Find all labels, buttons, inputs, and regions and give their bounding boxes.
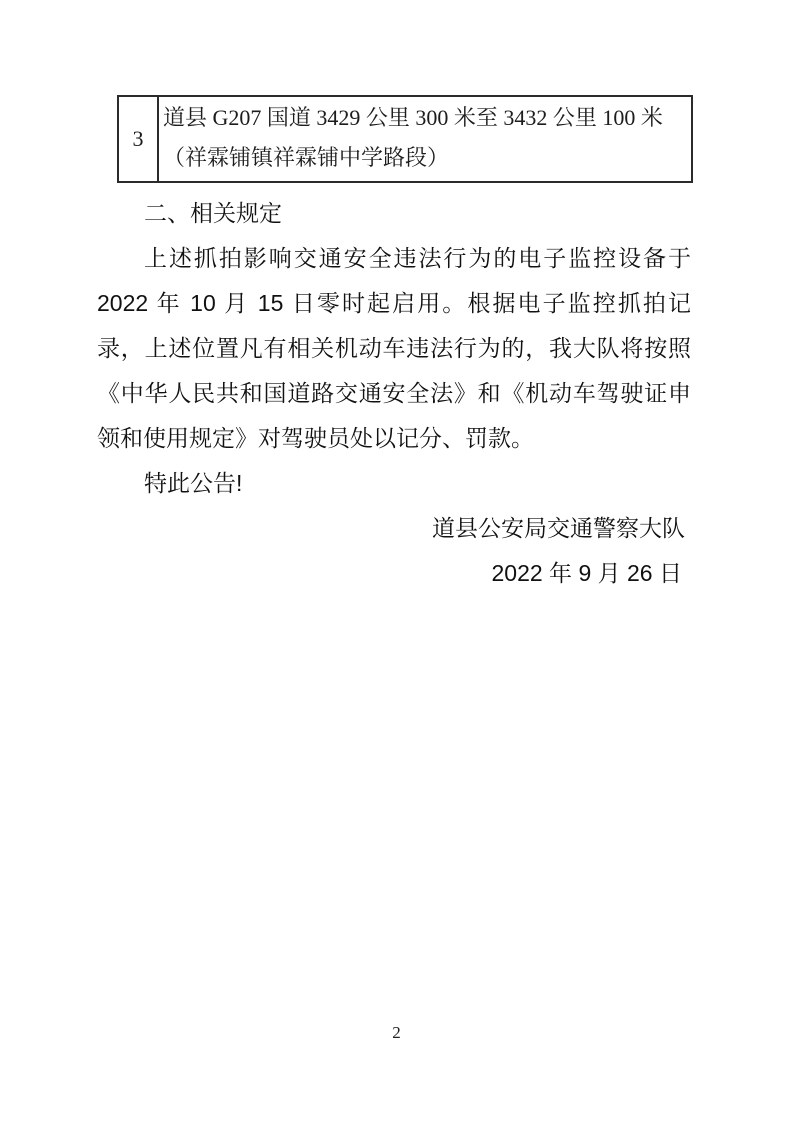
issuer-signature: 道县公安局交通警察大队 [97, 506, 691, 551]
location-text-line2: （祥霖铺镇祥霖铺中学路段） [163, 137, 685, 179]
closing-line: 特此公告! [97, 461, 691, 506]
notice-body: 二、相关规定 上述抓拍影响交通安全违法行为的电子监控设备于 2022 年 10 … [97, 191, 691, 596]
document-page: 3 道县 G207 国道 3429 公里 300 米至 3432 公里 100 … [0, 0, 793, 1122]
table-row: 3 道县 G207 国道 3429 公里 300 米至 3432 公里 100 … [118, 96, 692, 182]
camera-location-table: 3 道县 G207 国道 3429 公里 300 米至 3432 公里 100 … [117, 95, 693, 183]
page-number: 2 [0, 1023, 793, 1043]
issue-date: 2022 年 9 月 26 日 [97, 551, 691, 596]
location-text-line1: 道县 G207 国道 3429 公里 300 米至 3432 公里 100 米 [163, 99, 685, 137]
row-location-cell: 道县 G207 国道 3429 公里 300 米至 3432 公里 100 米 … [158, 96, 692, 182]
section-heading: 二、相关规定 [97, 191, 691, 236]
row-index-cell: 3 [118, 96, 158, 182]
regulation-paragraph: 上述抓拍影响交通安全违法行为的电子监控设备于 2022 年 10 月 15 日零… [97, 236, 691, 461]
